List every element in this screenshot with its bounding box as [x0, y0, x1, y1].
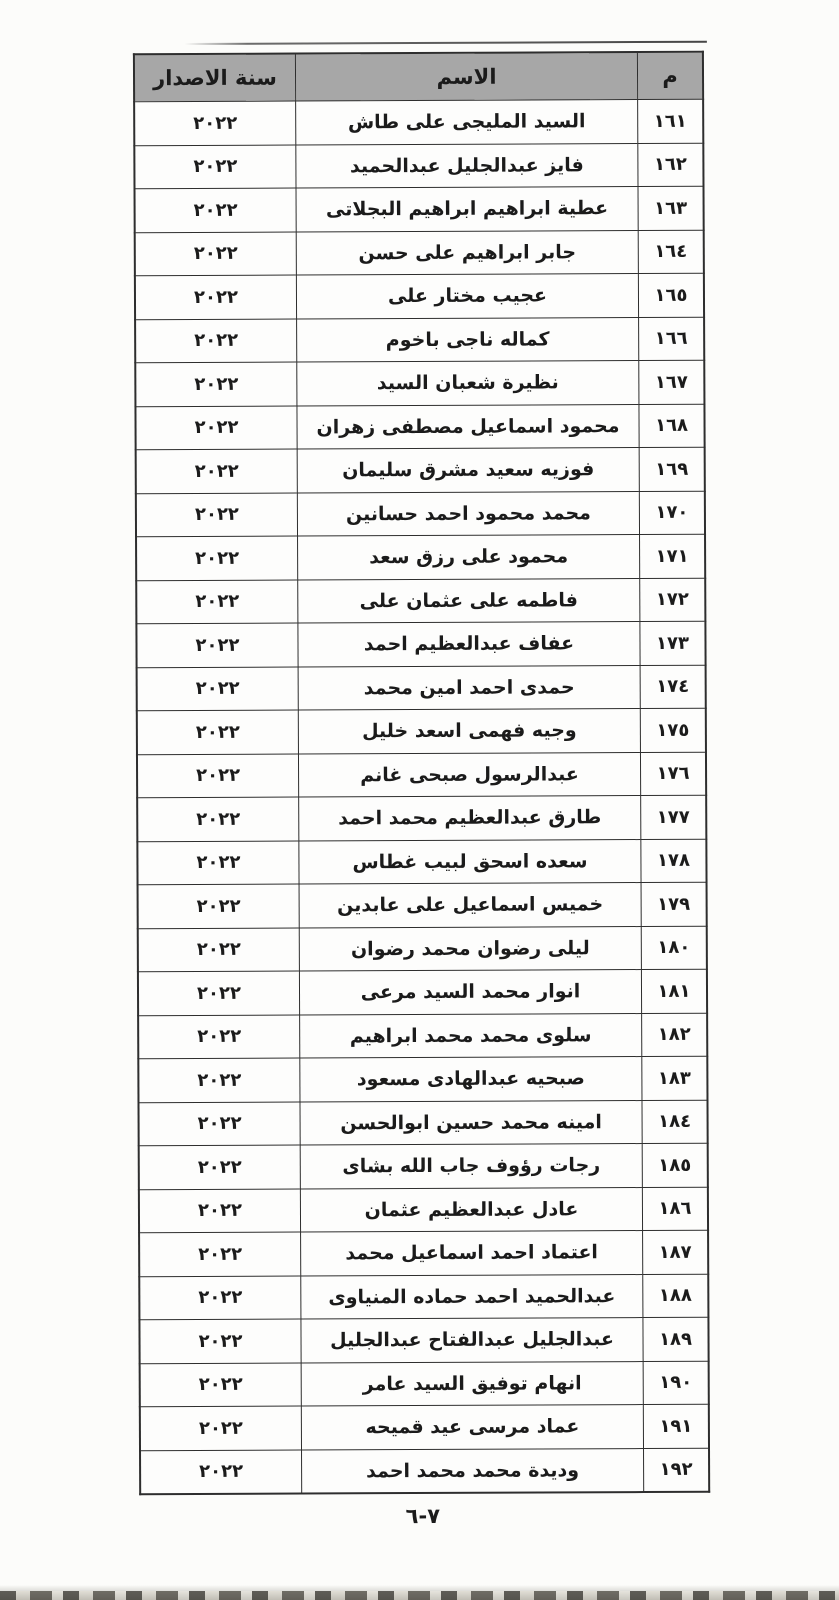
cell-year: ٢٠٢٢	[139, 1189, 301, 1233]
cell-year: ٢٠٢٢	[139, 1319, 301, 1363]
table-row: ١٦٣عطية ابراهيم ابراهيم البجلاتى٢٠٢٢	[135, 186, 704, 232]
table-row: ١٧١محمود على رزق سعد٢٠٢٢	[136, 534, 705, 580]
cell-num: ١٧٦	[640, 752, 706, 796]
cell-num: ١٦٩	[639, 447, 705, 491]
cell-num: ١٦٣	[638, 186, 704, 230]
cell-year: ٢٠٢٢	[136, 536, 298, 580]
table-row: ١٨٧اعتماد احمد اسماعيل محمد٢٠٢٢	[139, 1230, 708, 1276]
table-row: ١٨٢سلوى محمد محمد ابراهيم٢٠٢٢	[138, 1013, 707, 1059]
cell-num: ١٧٠	[639, 491, 705, 535]
cell-name: عبدالرسول صبحى غانم	[298, 752, 640, 797]
cell-year: ٢٠٢٢	[139, 1145, 301, 1189]
cell-num: ١٧٢	[640, 578, 706, 622]
cell-num: ١٦٨	[639, 404, 705, 448]
cell-year: ٢٠٢٢	[138, 1058, 300, 1102]
table-header: م الاسم سنة الاصدار	[134, 52, 703, 102]
table-body: ١٦١السيد المليجى على طاش٢٠٢٢١٦٢فايز عبدا…	[134, 99, 709, 1494]
cell-year: ٢٠٢٢	[135, 406, 297, 450]
cell-year: ٢٠٢٢	[137, 710, 299, 754]
cell-num: ١٦٢	[638, 143, 704, 187]
cell-name: فايز عبدالجليل عبدالحميد	[296, 143, 638, 188]
cell-name: محمود اسماعيل مصطفى زهران	[297, 404, 639, 449]
table-row: ١٨٨عبدالحميد احمد حماده المنياوى٢٠٢٢	[139, 1274, 708, 1320]
cell-num: ١٩٠	[643, 1361, 709, 1405]
page-number: ٧-٦	[3, 1502, 839, 1530]
table-row: ١٦٧نظيرة شعبان السيد٢٠٢٢	[135, 360, 704, 406]
cell-name: ليلى رضوان محمد رضوان	[299, 926, 641, 971]
cell-name: محمود على رزق سعد	[298, 535, 640, 580]
header-name: الاسم	[295, 52, 637, 101]
cell-num: ١٦٦	[639, 317, 705, 361]
table-row: ١٦٩فوزيه سعيد مشرق سليمان٢٠٢٢	[136, 447, 705, 493]
cell-year: ٢٠٢٢	[135, 275, 297, 319]
cell-year: ٢٠٢٢	[136, 623, 298, 667]
cell-name: السيد المليجى على طاش	[296, 100, 638, 145]
table-row: ١٦١السيد المليجى على طاش٢٠٢٢	[134, 99, 703, 145]
table-row: ١٧٦عبدالرسول صبحى غانم٢٠٢٢	[137, 752, 706, 798]
scanned-document-page: م الاسم سنة الاصدار ١٦١السيد المليجى على…	[0, 0, 839, 1600]
table-row: ١٩٢وديدة محمد محمد احمد٢٠٢٢	[140, 1448, 709, 1494]
table-row: ١٨٣صبحيه عبدالهادى مسعود٢٠٢٢	[138, 1056, 707, 1102]
cell-year: ٢٠٢٢	[135, 232, 297, 276]
cell-year: ٢٠٢٢	[135, 362, 297, 406]
cell-num: ١٨٦	[642, 1187, 708, 1231]
cell-name: انهام توفيق السيد عامر	[301, 1361, 643, 1406]
cell-year: ٢٠٢٢	[135, 188, 297, 232]
cell-year: ٢٠٢٢	[136, 449, 298, 493]
table-outer-top-edge	[185, 41, 707, 45]
cell-name: عجيب مختار على	[296, 274, 638, 319]
table-row: ١٧٤حمدى احمد امين محمد٢٠٢٢	[137, 665, 706, 711]
table-row: ١٨١انوار محمد السيد مرعى٢٠٢٢	[138, 969, 707, 1015]
cell-name: عماد مرسى عيد قميحه	[301, 1405, 643, 1450]
cell-num: ١٧١	[640, 534, 706, 578]
cell-num: ١٧٩	[641, 882, 707, 926]
cell-year: ٢٠٢٢	[138, 1015, 300, 1059]
cell-year: ٢٠٢٢	[138, 1102, 300, 1146]
table-row: ١٦٤جابر ابراهيم على حسن٢٠٢٢	[135, 230, 704, 276]
cell-num: ١٩١	[643, 1404, 709, 1448]
cell-year: ٢٠٢٢	[138, 884, 300, 928]
cell-year: ٢٠٢٢	[137, 754, 299, 798]
header-serial-number: م	[637, 52, 703, 100]
cell-name: عبدالحميد احمد حماده المنياوى	[301, 1274, 643, 1319]
table-row: ١٩١عماد مرسى عيد قميحه٢٠٢٢	[140, 1404, 709, 1450]
cell-name: وديدة محمد محمد احمد	[302, 1448, 644, 1493]
cell-name: صبحيه عبدالهادى مسعود	[300, 1057, 642, 1102]
cell-name: اعتماد احمد اسماعيل محمد	[301, 1231, 643, 1276]
cell-year: ٢٠٢٢	[135, 319, 297, 363]
cell-name: كماله ناجى باخوم	[297, 317, 639, 362]
cell-num: ١٨٩	[643, 1317, 709, 1361]
cell-num: ١٧٣	[640, 621, 706, 665]
cell-num: ١٧٥	[640, 708, 706, 752]
table-row: ١٧٧طارق عبدالعظيم محمد احمد٢٠٢٢	[137, 795, 706, 841]
cell-num: ١٧٧	[641, 795, 707, 839]
table-row: ١٧٩خميس اسماعيل على عابدين٢٠٢٢	[138, 882, 707, 928]
table-row: ١٦٢فايز عبدالجليل عبدالحميد٢٠٢٢	[134, 143, 703, 189]
cell-num: ١٦٤	[638, 230, 704, 274]
cell-num: ١٦٧	[639, 360, 705, 404]
cell-name: عادل عبدالعظيم عثمان	[300, 1187, 642, 1232]
cell-year: ٢٠٢٢	[139, 1276, 301, 1320]
table-row: ١٦٦كماله ناجى باخوم٢٠٢٢	[135, 317, 704, 363]
table-row: ١٨٠ليلى رضوان محمد رضوان٢٠٢٢	[138, 926, 707, 972]
cell-year: ٢٠٢٢	[137, 667, 299, 711]
table-row: ١٨٦عادل عبدالعظيم عثمان٢٠٢٢	[139, 1187, 708, 1233]
cell-year: ٢٠٢٢	[140, 1450, 302, 1495]
table-row: ١٨٩عبدالجليل عبدالفتاح عبدالجليل٢٠٢٢	[139, 1317, 708, 1363]
cell-name: فوزيه سعيد مشرق سليمان	[297, 448, 639, 493]
cell-year: ٢٠٢٢	[137, 841, 299, 885]
table-row: ١٧٨سعده اسحق لبيب غطاس٢٠٢٢	[137, 839, 706, 885]
cell-year: ٢٠٢٢	[140, 1363, 302, 1407]
table-row: ١٨٥رجات رؤوف جاب الله بشاى٢٠٢٢	[139, 1143, 708, 1189]
cell-name: رجات رؤوف جاب الله بشاى	[300, 1144, 642, 1189]
cell-year: ٢٠٢٢	[139, 1232, 301, 1276]
cell-name: محمد محمود احمد حسانين	[297, 491, 639, 536]
cell-num: ١٨٢	[642, 1013, 708, 1057]
table-row: ١٦٥عجيب مختار على٢٠٢٢	[135, 273, 704, 319]
table-row: ١٦٨محمود اسماعيل مصطفى زهران٢٠٢٢	[135, 404, 704, 450]
table-row: ١٩٠انهام توفيق السيد عامر٢٠٢٢	[140, 1361, 709, 1407]
table-row: ١٨٤امينه محمد حسين ابوالحسن٢٠٢٢	[138, 1100, 707, 1146]
table-row: ١٧٠محمد محمود احمد حسانين٢٠٢٢	[136, 491, 705, 537]
cell-num: ١٨١	[641, 969, 707, 1013]
cell-year: ٢٠٢٢	[138, 928, 300, 972]
cell-year: ٢٠٢٢	[137, 797, 299, 841]
cell-year: ٢٠٢٢	[140, 1406, 302, 1450]
cell-name: انوار محمد السيد مرعى	[299, 970, 641, 1015]
cell-name: خميس اسماعيل على عابدين	[299, 883, 641, 928]
cell-name: فاطمه على عثمان على	[298, 578, 640, 623]
cell-name: وجيه فهمى اسعد خليل	[298, 709, 640, 754]
cell-num: ١٦٥	[638, 273, 704, 317]
cell-num: ١٨٠	[641, 926, 707, 970]
names-roster-table: م الاسم سنة الاصدار ١٦١السيد المليجى على…	[133, 51, 710, 1495]
cell-num: ١٨٨	[643, 1274, 709, 1318]
cell-name: طارق عبدالعظيم محمد احمد	[299, 796, 641, 841]
cell-num: ١٦١	[638, 99, 704, 143]
cell-name: حمدى احمد امين محمد	[298, 665, 640, 710]
cell-year: ٢٠٢٢	[136, 580, 298, 624]
table-row: ١٧٣عفاف عبدالعظيم احمد٢٠٢٢	[136, 621, 705, 667]
scan-artifact-bottom-edge	[0, 1591, 839, 1600]
cell-num: ١٩٢	[644, 1448, 710, 1492]
scanned-sheet: م الاسم سنة الاصدار ١٦١السيد المليجى على…	[0, 0, 839, 1600]
cell-num: ١٨٥	[642, 1143, 708, 1187]
cell-num: ١٧٤	[640, 665, 706, 709]
cell-name: جابر ابراهيم على حسن	[296, 230, 638, 275]
cell-name: سعده اسحق لبيب غطاس	[299, 839, 641, 884]
header-issue-year: سنة الاصدار	[134, 54, 296, 102]
cell-num: ١٨٤	[642, 1100, 708, 1144]
cell-num: ١٨٧	[643, 1230, 709, 1274]
header-row: م الاسم سنة الاصدار	[134, 52, 703, 102]
cell-year: ٢٠٢٢	[136, 493, 298, 537]
cell-year: ٢٠٢٢	[138, 971, 300, 1015]
cell-name: عفاف عبدالعظيم احمد	[298, 622, 640, 667]
cell-name: عبدالجليل عبدالفتاح عبدالجليل	[301, 1318, 643, 1363]
table-row: ١٧٢فاطمه على عثمان على٢٠٢٢	[136, 578, 705, 624]
cell-year: ٢٠٢٢	[134, 101, 296, 145]
cell-num: ١٧٨	[641, 839, 707, 883]
cell-name: عطية ابراهيم ابراهيم البجلاتى	[296, 187, 638, 232]
cell-year: ٢٠٢٢	[134, 145, 296, 189]
cell-name: نظيرة شعبان السيد	[297, 361, 639, 406]
table-row: ١٧٥وجيه فهمى اسعد خليل٢٠٢٢	[137, 708, 706, 754]
cell-name: امينه محمد حسين ابوالحسن	[300, 1100, 642, 1145]
cell-num: ١٨٣	[642, 1056, 708, 1100]
cell-name: سلوى محمد محمد ابراهيم	[300, 1013, 642, 1058]
